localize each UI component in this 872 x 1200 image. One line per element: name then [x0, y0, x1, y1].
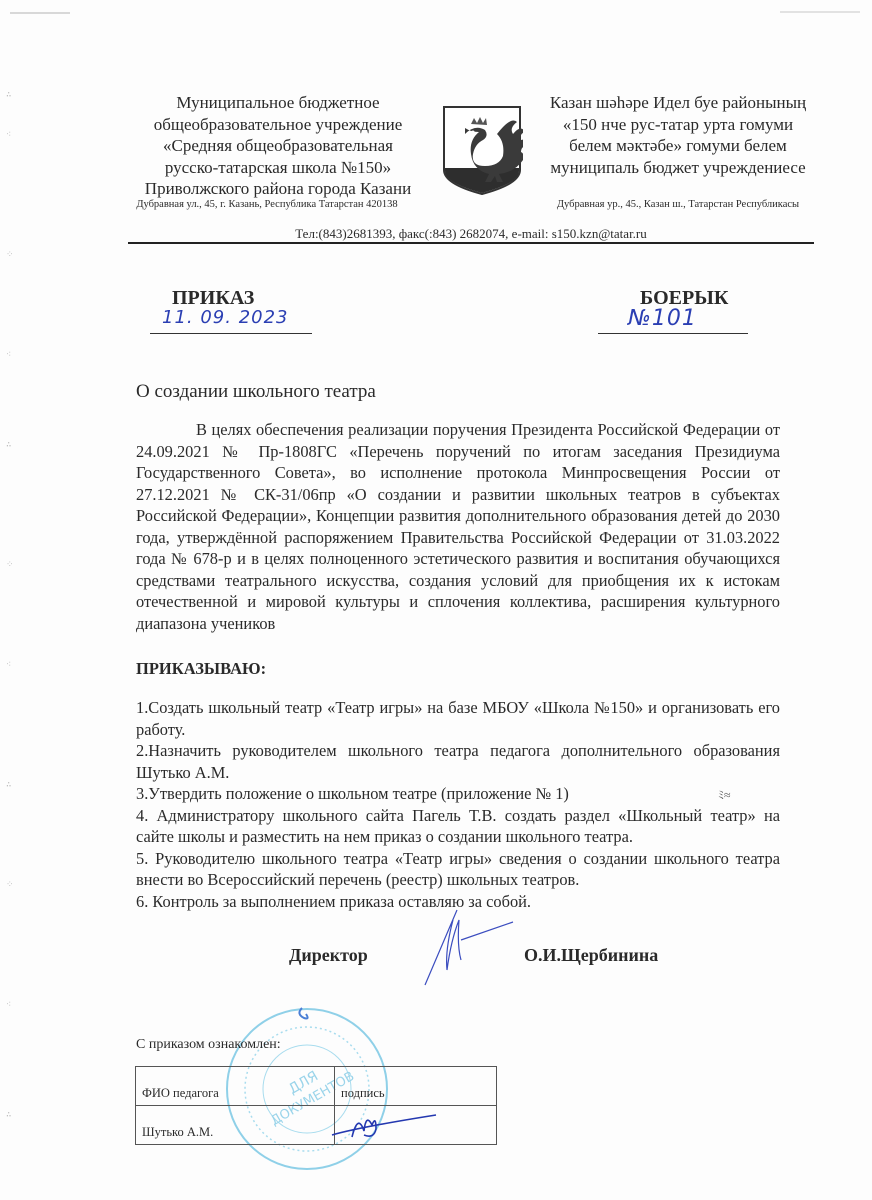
document-title: О создании школьного театра — [136, 381, 376, 403]
decree-item: 4. Администратору школьного сайта Пагель… — [136, 805, 780, 848]
order-date: 11. 09. 2023 — [162, 307, 289, 328]
coat-of-arms-icon — [441, 104, 523, 196]
date-underline — [150, 333, 312, 334]
scan-margin-marks: ∴⁖⁘ ⁖∴⁘ ⁖∴⁘ ⁖∴ — [6, 20, 18, 1180]
school-name-tt: Казан шәһәре Идел буе районының «150 нче… — [540, 92, 816, 178]
table-row: Шутько А.М. — [136, 1106, 497, 1145]
decree-item: 2.Назначить руководителем школьного теат… — [136, 740, 780, 783]
director-name: О.И.Щербинина — [524, 945, 658, 966]
margin-scribble: ﾐ≈ — [718, 786, 731, 803]
address-ru: Дубравная ул., 45, г. Казань, Республика… — [112, 199, 422, 210]
director-signature-icon — [395, 880, 535, 990]
header-cell: подпись — [335, 1067, 497, 1106]
number-underline — [598, 333, 748, 334]
teacher-name-cell: Шутько А.М. — [136, 1106, 335, 1145]
school-name-ru: Муниципальное бюджетное общеобразователь… — [118, 92, 438, 200]
table-header-row: ФИО педагога подпись — [136, 1067, 497, 1106]
header-divider — [128, 242, 814, 244]
decree-heading: ПРИКАЗЫВАЮ: — [136, 659, 266, 679]
decree-item: 3.Утвердить положение о школьном театре … — [136, 783, 780, 805]
acknowledgement-label: С приказом ознакомлен: — [136, 1037, 281, 1053]
scan-edge — [10, 12, 70, 14]
decree-item: 1.Создать школьный театр «Театр игры» на… — [136, 697, 780, 740]
header-cell: ФИО педагога — [136, 1067, 335, 1106]
acknowledgement-table: ФИО педагога подпись Шутько А.М. — [135, 1066, 497, 1145]
preamble-text: В целях обеспечения реализации поручения… — [136, 419, 780, 634]
contact-line: Тел:(843)2681393, факс(:843) 2682074, e-… — [128, 226, 814, 242]
address-tt: Дубравная ур., 45., Казан ш., Татарстан … — [540, 199, 816, 210]
teacher-signature-icon — [330, 1105, 440, 1145]
scan-edge — [780, 11, 860, 13]
order-number: №101 — [628, 306, 697, 331]
preamble: В целях обеспечения реализации поручения… — [136, 419, 780, 634]
director-title: Директор — [289, 945, 368, 966]
